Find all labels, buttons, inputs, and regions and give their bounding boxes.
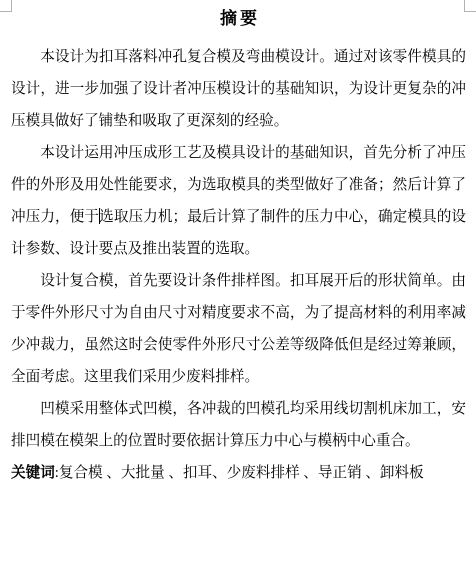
document-text-area[interactable]: 摘要 本设计为扣耳落料冲孔复合模及弯曲模设计。通过对该零件模具的设计，进一步加强… — [11, 6, 466, 489]
abstract-heading[interactable]: 摘要 — [11, 6, 466, 32]
abstract-paragraph-1[interactable]: 本设计为扣耳落料冲孔复合模及弯曲模设计。通过对该零件模具的设计，进一步加强了设计… — [11, 41, 466, 137]
document-page: 摘要 本设计为扣耳落料冲孔复合模及弯曲模设计。通过对该零件模具的设计，进一步加强… — [0, 0, 476, 561]
abstract-paragraph-3[interactable]: 设计复合模，首先要设计条件排样图。扣耳展开后的形状简单。由于零件外形尺寸为自由尺… — [11, 265, 466, 393]
keywords-label: 关键词 — [11, 465, 55, 481]
keywords-text: 复合模 、大批量 、扣耳、少废料排样 、导正销 、卸料板 — [59, 465, 424, 481]
abstract-paragraph-2[interactable]: 本设计运用冲压成形工艺及模具设计的基础知识，首先分析了冲压件的外形及用处性能要求… — [11, 137, 466, 265]
keywords-line[interactable]: 关键词:复合模 、大批量 、扣耳、少废料排样 、导正销 、卸料板 — [11, 457, 466, 489]
abstract-paragraph-4[interactable]: 凹模采用整体式凹模，各冲裁的凹模孔均采用线切割机床加工，安排凹模在模架上的位置时… — [11, 393, 466, 457]
